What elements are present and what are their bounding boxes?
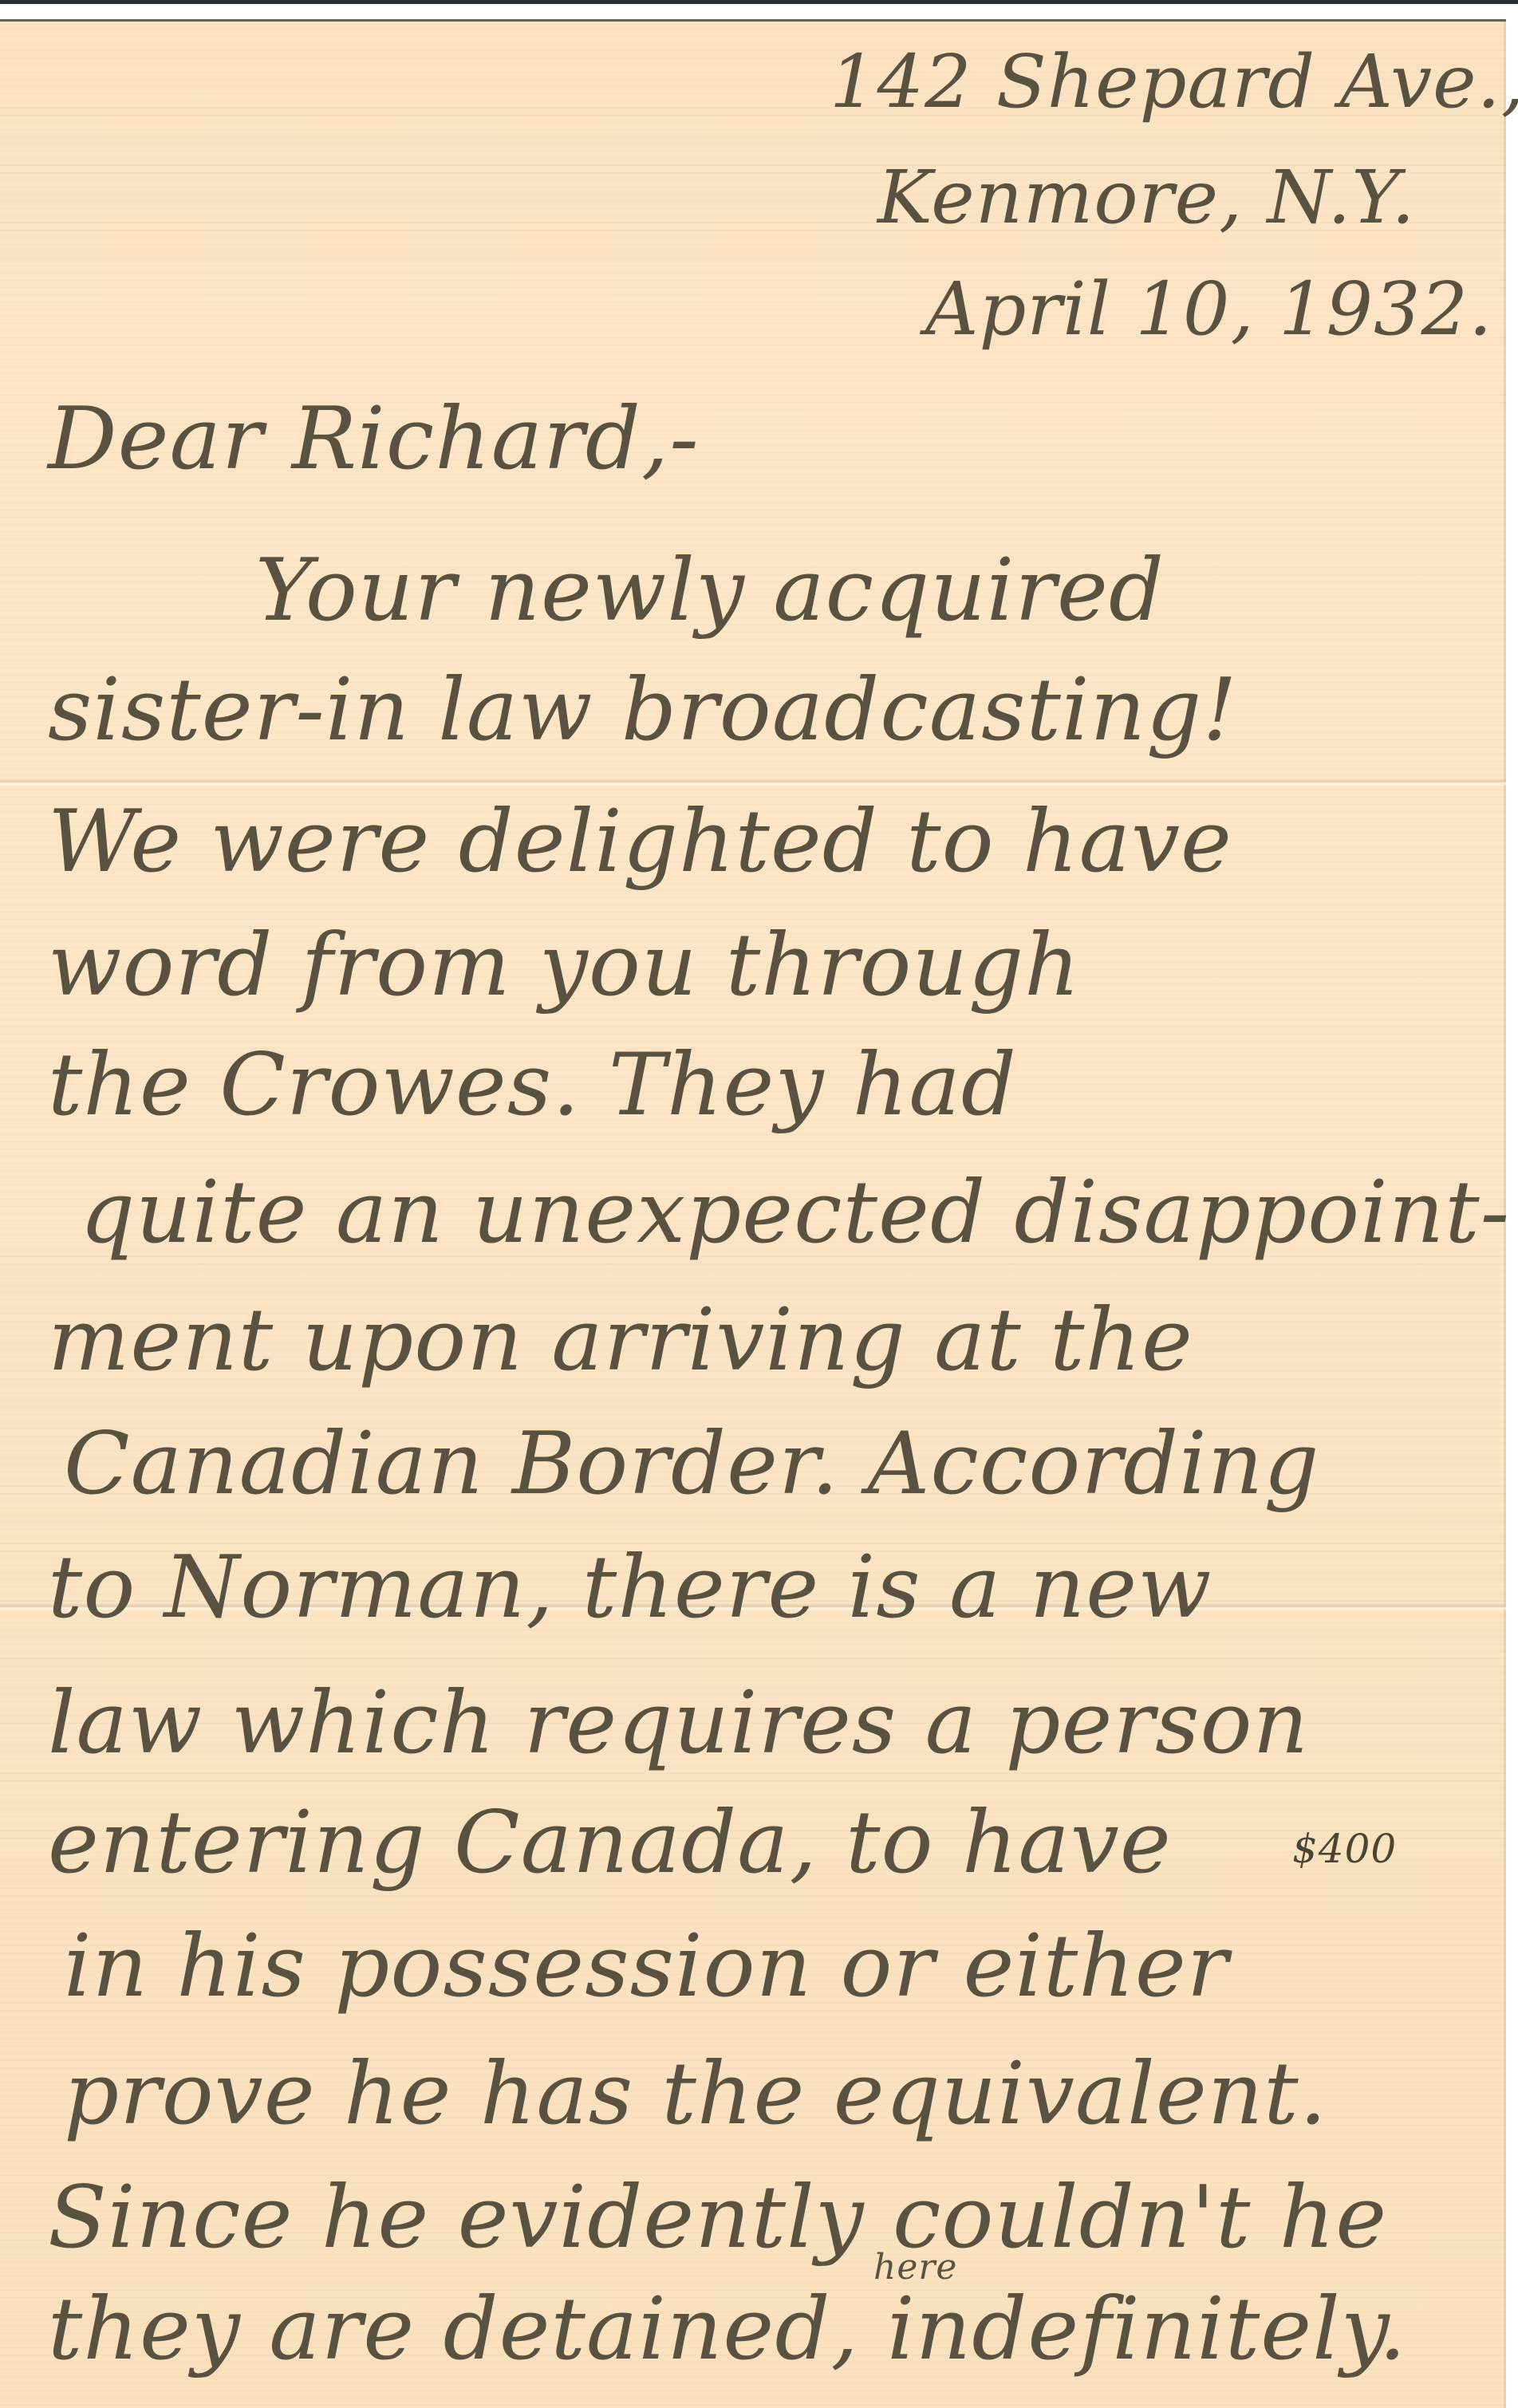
amount-annotation: $400 — [1292, 1826, 1397, 1872]
body-line: Since he evidently couldn't he — [48, 2175, 1387, 2261]
body-line: they are detained, indefinitely. — [48, 2287, 1407, 2373]
address-line-2: Kenmore, N.Y. — [877, 161, 1415, 234]
body-line: word from you through — [48, 923, 1081, 1009]
letter-page: 142 Shepard Ave., Kenmore, N.Y. April 10… — [0, 19, 1506, 2408]
body-line: entering Canada, to have — [48, 1800, 1172, 1886]
body-line: Canadian Border. According — [64, 1421, 1319, 1507]
body-line: in his possession or either — [64, 1924, 1228, 2010]
body-line: sister-in law broadcasting! — [48, 668, 1238, 754]
salutation: Dear Richard,- — [48, 396, 700, 483]
body-line: the Crowes. They had — [48, 1042, 1017, 1129]
letter-date: April 10, 1932. — [925, 273, 1492, 346]
body-line: prove he has the equivalent. — [64, 2051, 1327, 2138]
body-line: quite an unexpected disappoint- — [80, 1170, 1510, 1256]
body-line: ment upon arriving at the — [48, 1298, 1193, 1384]
fold-crease — [0, 778, 1506, 786]
body-line: Your newly acquired — [255, 548, 1165, 634]
body-line: to Norman, there is a new — [48, 1545, 1212, 1631]
scan-top-edge — [0, 0, 1518, 4]
body-line: We were delighted to have — [48, 799, 1232, 885]
address-line-1: 142 Shepard Ave., — [830, 45, 1518, 119]
body-line: law which requires a person — [48, 1681, 1309, 1767]
